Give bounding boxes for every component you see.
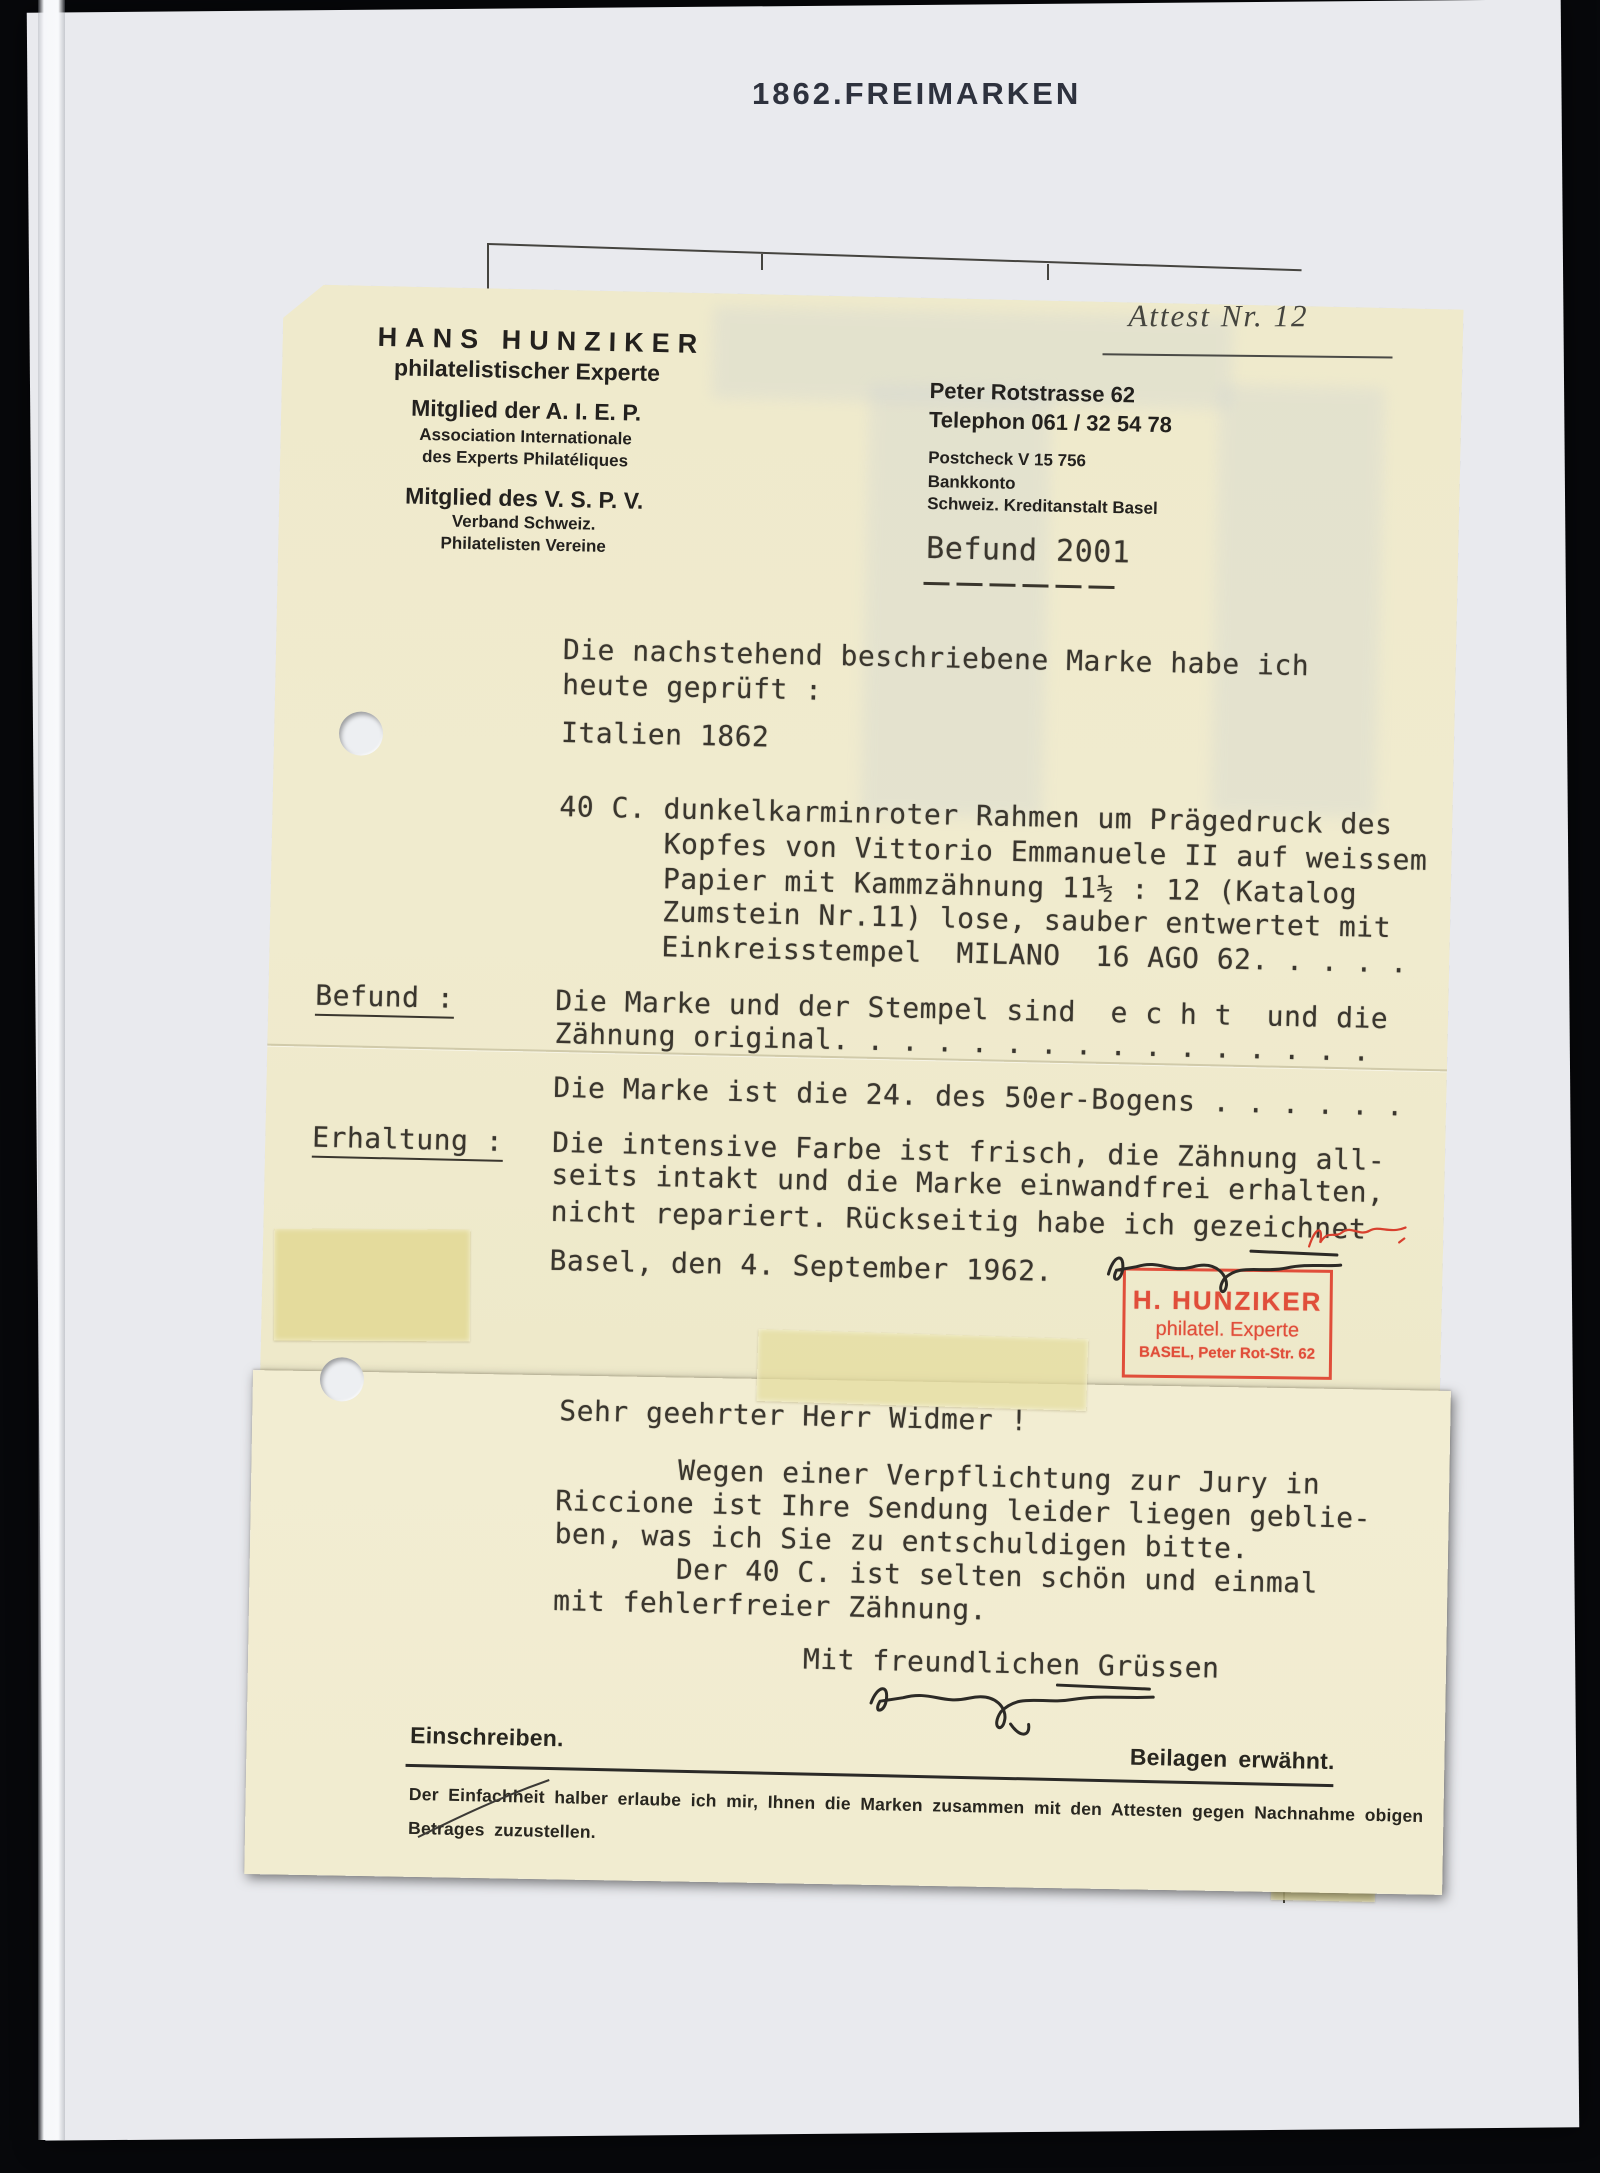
stamp-address: BASEL, Peter Rot-Str. 62 xyxy=(1139,1344,1315,1363)
pen-stroke-annotation xyxy=(390,1767,612,1847)
frame-tick-1 xyxy=(761,254,763,270)
befund-number: Befund 2001 xyxy=(926,531,1131,570)
befund-label: Befund : xyxy=(315,979,455,1019)
letterhead-address: Peter Rotstrasse 62 xyxy=(929,378,1135,408)
page-title: 1862.FREIMARKEN xyxy=(752,76,1052,112)
tape-left xyxy=(274,1229,470,1342)
scanned-album-page: 1862.FREIMARKEN Attest Nr. 12 HANS HUNZI… xyxy=(0,0,1600,2173)
attest-number-handwriting: Attest Nr. 12 xyxy=(1128,298,1308,334)
certificate-paper: Attest Nr. 12 HANS HUNZIKER philatelisti… xyxy=(249,272,1464,1901)
letterhead-phone: Telephon 061 / 32 54 78 xyxy=(929,407,1172,438)
binding-strip xyxy=(38,0,65,2140)
letterhead-name: HANS HUNZIKER xyxy=(377,322,678,360)
showthrough-ghost-right xyxy=(1210,384,1384,817)
letterhead-postcheck: Postcheck V 15 756 xyxy=(928,448,1086,471)
erhaltung-label: Erhaltung : xyxy=(312,1121,504,1162)
letterhead-bankkonto: Bankkonto xyxy=(927,472,1015,494)
einschreiben-note: Einschreiben. xyxy=(410,1722,564,1752)
frame-tick-2 xyxy=(1047,264,1049,280)
closing-signature xyxy=(860,1673,1181,1745)
intro-line-2: heute geprüft : xyxy=(562,668,823,707)
beilagen-note: Beilagen erwähnt. xyxy=(1130,1744,1335,1775)
country-line: Italien 1862 xyxy=(561,716,770,754)
stamp-title: philatel. Experte xyxy=(1155,1318,1299,1343)
expert-signature xyxy=(1100,1238,1351,1303)
